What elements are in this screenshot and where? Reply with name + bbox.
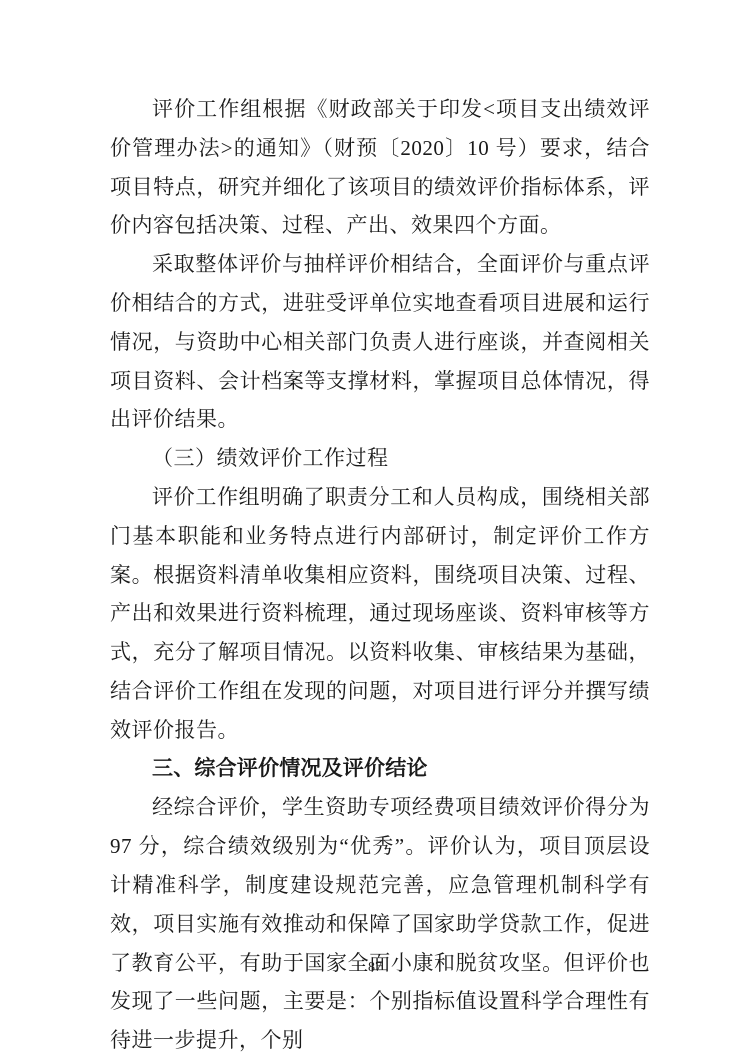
document-content: 评价工作组根据《财政部关于印发<项目支出绩效评价管理办法>的通知》（财预〔202…: [110, 90, 650, 1060]
paragraph-conclusion-detail: 经综合评价，学生资助专项经费项目绩效评价得分为 97 分，综合绩效级别为“优秀”…: [110, 788, 650, 1060]
paragraph-evaluation-basis: 评价工作组根据《财政部关于印发<项目支出绩效评价管理办法>的通知》（财预〔202…: [110, 90, 650, 245]
paragraph-evaluation-method: 采取整体评价与抽样评价相结合，全面评价与重点评价相结合的方式，进驻受评单位实地查…: [110, 245, 650, 439]
page-number: 87: [0, 960, 750, 976]
document-page: 评价工作组根据《财政部关于印发<项目支出绩效评价管理办法>的通知》（财预〔202…: [0, 0, 750, 1060]
paragraph-work-process-detail: 评价工作组明确了职责分工和人员构成，围绕相关部门基本职能和业务特点进行内部研讨，…: [110, 478, 650, 750]
section-heading-comprehensive-conclusion: 三、综合评价情况及评价结论: [110, 750, 650, 789]
subsection-heading-work-process: （三）绩效评价工作过程: [110, 439, 650, 478]
